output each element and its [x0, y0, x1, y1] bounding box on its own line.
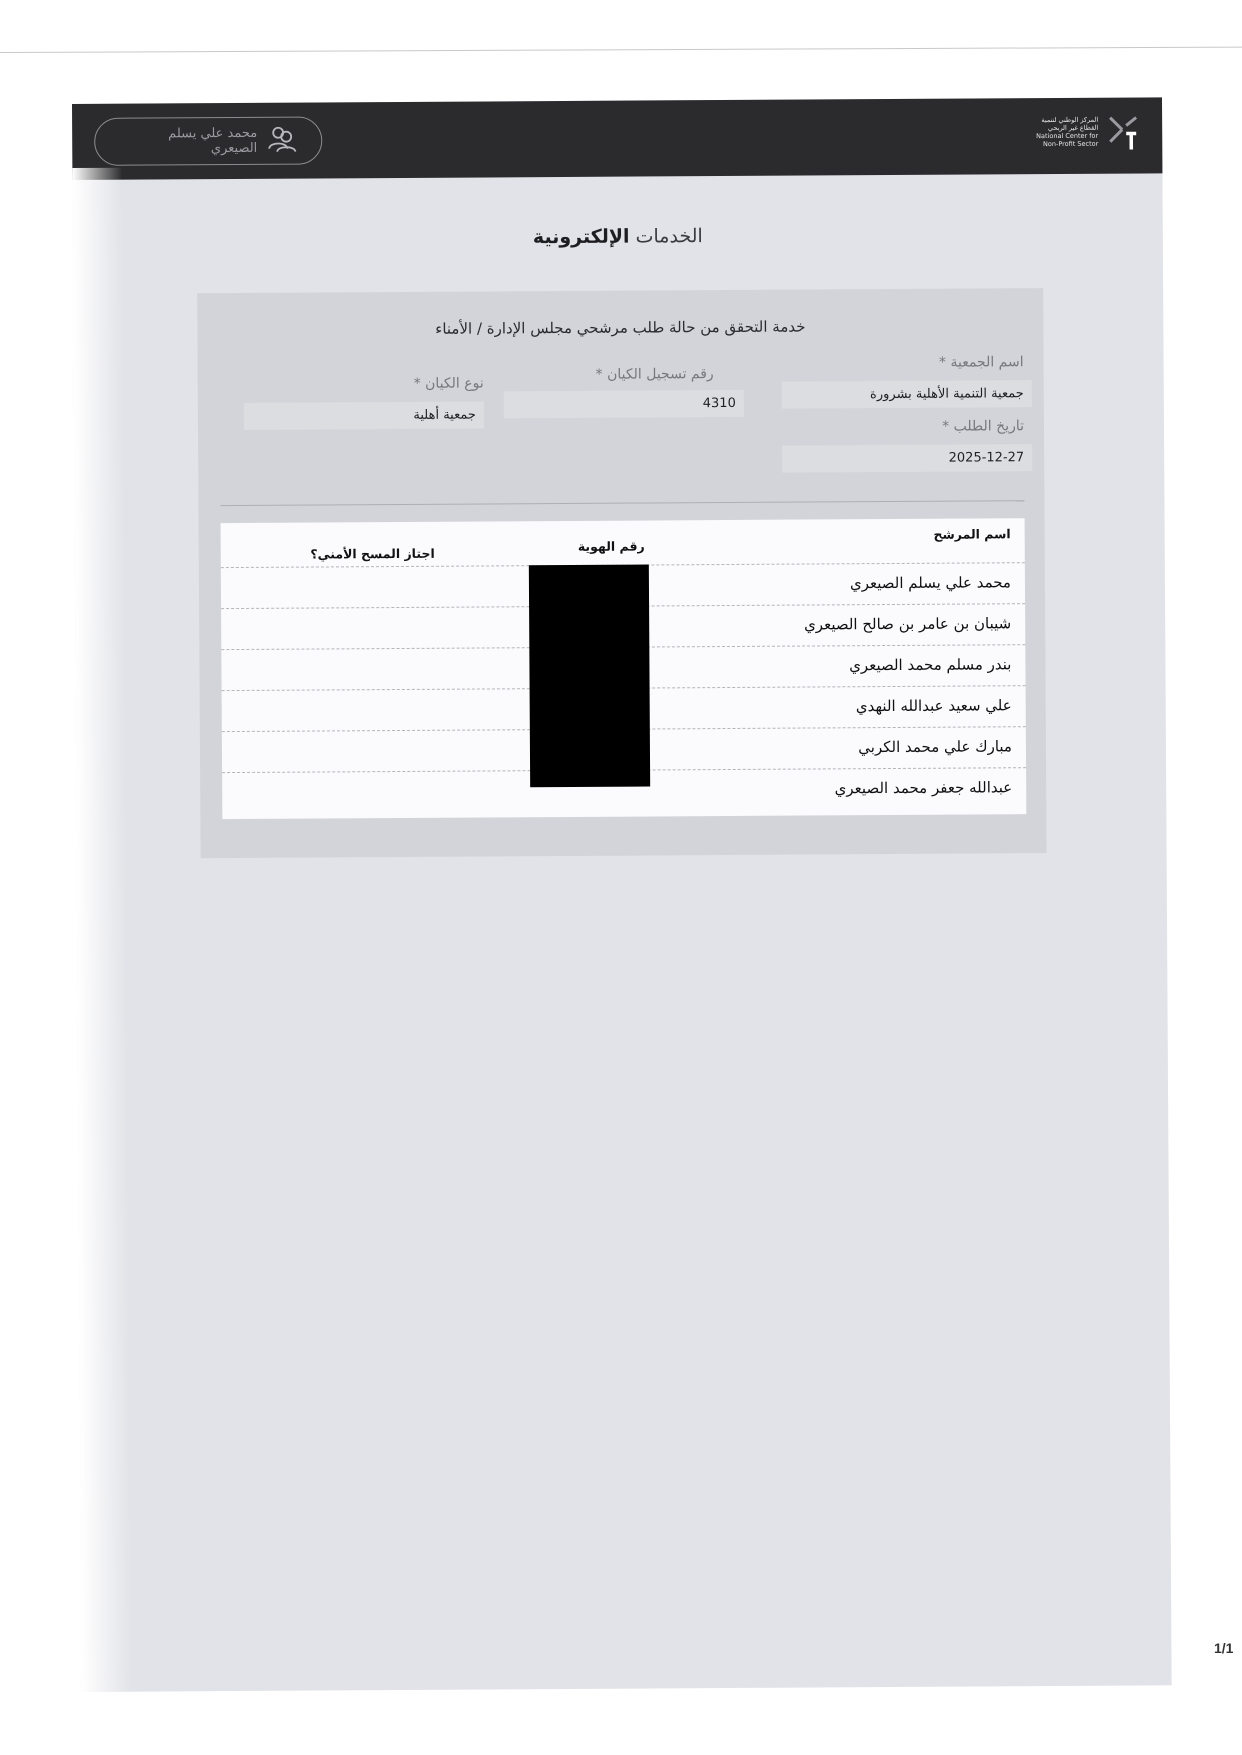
- logo-text-en-2: Non-Profit Sector: [1036, 140, 1098, 148]
- column-header-security-check: اجتاز المسح الأمني؟: [310, 546, 435, 562]
- candidate-name: بندر مسلم محمد الصيعري: [849, 655, 1011, 674]
- column-header-id-number: رقم الهوية: [578, 539, 645, 554]
- ncnp-logo[interactable]: المركز الوطني لتنمية القطاع غير الربحي N…: [1036, 111, 1140, 152]
- scan-fade: [72, 168, 131, 1692]
- entity-type-label: نوع الكيان *: [414, 375, 484, 391]
- user-name: محمد علي يسلم الصيعري: [119, 126, 257, 157]
- registration-number-field[interactable]: 4310: [504, 390, 744, 418]
- candidate-name: مبارك علي محمد الكربي: [858, 737, 1012, 756]
- association-name-field[interactable]: جمعية التنمية الأهلية بشرورة: [782, 380, 1032, 409]
- ncnp-arrow-logo-icon: [1106, 111, 1140, 151]
- section-divider: [220, 500, 1024, 506]
- candidate-name: علي سعيد عبدالله النهدي: [856, 696, 1012, 715]
- users-icon: [267, 125, 297, 157]
- page-title-light: الخدمات: [636, 225, 703, 247]
- service-title: خدمة التحقق من حالة طلب مرشحي مجلس الإدا…: [197, 316, 1043, 339]
- id-number-redaction-block: [529, 564, 650, 787]
- candidate-name: عبدالله جعفر محمد الصيعري: [835, 778, 1013, 797]
- candidates-table: اسم المرشح رقم الهوية اجتاز المسح الأمني…: [221, 518, 1027, 819]
- user-menu-button[interactable]: محمد علي يسلم الصيعري: [94, 116, 322, 165]
- page-title-bold: الإلكترونية: [533, 226, 630, 249]
- request-date-label: تاريخ الطلب *: [942, 418, 1024, 434]
- entity-type-field[interactable]: جمعية أهلية: [244, 401, 484, 429]
- page-title: الخدمات الإلكترونية: [73, 222, 1163, 251]
- association-name-label: اسم الجمعية *: [939, 354, 1024, 371]
- printed-page: المركز الوطني لتنمية القطاع غير الربحي N…: [72, 97, 1172, 1692]
- candidate-name: محمد علي يسلم الصيعري: [850, 573, 1011, 592]
- page-number: 1/1: [1214, 1640, 1233, 1656]
- scan-edge-line: [0, 47, 1242, 53]
- logo-text: المركز الوطني لتنمية القطاع غير الربحي N…: [1036, 116, 1098, 148]
- registration-number-label: رقم تسجيل الكيان *: [596, 366, 714, 383]
- top-navigation-bar: المركز الوطني لتنمية القطاع غير الربحي N…: [72, 97, 1162, 180]
- column-header-candidate-name: اسم المرشح: [933, 526, 1010, 541]
- service-card: خدمة التحقق من حالة طلب مرشحي مجلس الإدا…: [197, 288, 1046, 858]
- candidate-name: شيبان بن عامر بن صالح الصيعري: [804, 614, 1011, 633]
- request-date-field[interactable]: 2025-12-27: [782, 444, 1032, 473]
